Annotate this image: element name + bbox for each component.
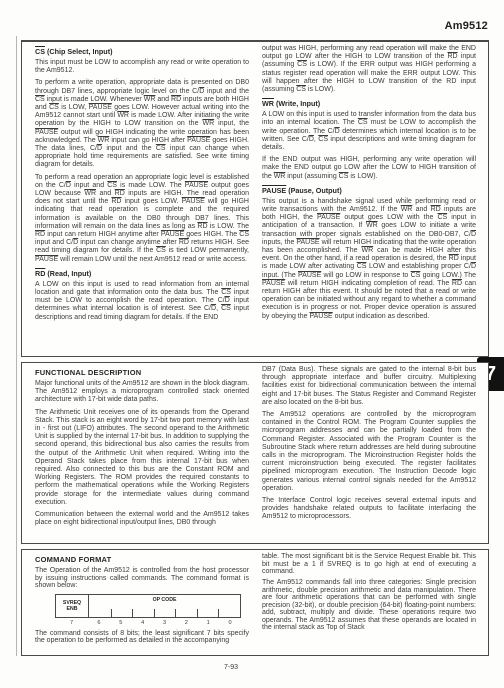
command-format-paragraph-1: The Operation of the Am9512 is controlle…	[35, 567, 249, 590]
rd-pin-heading: RD (Read, Input)	[35, 269, 249, 278]
functional-description-section: FUNCTIONAL DESCRIPTION Major functional …	[21, 362, 489, 544]
command-format-section: COMMAND FORMAT The Operation of the Am95…	[21, 549, 489, 656]
cs-pin-paragraph-3: To perform a read operation an appropria…	[35, 174, 249, 264]
bit-number-4: 4	[132, 620, 154, 626]
command-format-paragraph-4: The Am9512 commands fall into three cate…	[262, 579, 476, 632]
functional-description-right-column: DB7 (Data Bus). These signals are gated …	[262, 366, 476, 541]
command-format-register-diagram: SVREQ ENB OP CODE 7 6 5 4 3 2 1	[55, 594, 241, 626]
rd-pin-paragraph: A LOW on this input is used to read info…	[35, 281, 249, 322]
opcode-field-cell: OP CODE	[89, 595, 240, 617]
pin-descriptions-left-column: CS (Chip Select, Input) This input must …	[35, 45, 249, 354]
command-format-right-column: table. The most significant bit is the S…	[262, 553, 476, 653]
page-number: 7-93	[0, 664, 462, 671]
bit-divider-tick	[111, 609, 112, 617]
functional-description-left-column: FUNCTIONAL DESCRIPTION Major functional …	[35, 366, 249, 541]
rd-pin-continued-paragraph: output was HIGH, performing any read ope…	[262, 45, 476, 94]
functional-description-paragraph-6: The Interface Control logic receives sev…	[262, 497, 476, 522]
bit-number-3: 3	[154, 620, 176, 626]
cs-pin-heading: CS (Chip Select, Input)	[35, 47, 249, 56]
document-title: Am9512	[445, 20, 488, 32]
bit-divider-tick	[175, 609, 176, 617]
bit-number-row: 7 6 5 4 3 2 1 0	[55, 620, 241, 626]
functional-description-paragraph-4: DB7 (Data Bus). These signals are gated …	[262, 366, 476, 407]
bit-number-6: 6	[88, 620, 110, 626]
pause-pin-paragraph: This output is a handshake signal used w…	[262, 198, 476, 321]
bit-number-7: 7	[55, 620, 88, 626]
functional-description-paragraph-3: Communication between the external world…	[35, 511, 249, 527]
bit-number-2: 2	[175, 620, 197, 626]
command-format-paragraph-3: table. The most significant bit is the S…	[262, 553, 476, 576]
wr-pin-heading: WR (Write, Input)	[262, 99, 476, 108]
command-format-paragraph-2: The command consists of 8 bits; the leas…	[35, 630, 249, 645]
pause-pin-heading: PAUSE (Pause, Output)	[262, 186, 476, 195]
bit-number-5: 5	[110, 620, 132, 626]
cs-pin-paragraph-1: This input must be LOW to accomplish any…	[35, 59, 249, 75]
pin-descriptions-right-column: output was HIGH, performing any read ope…	[262, 45, 476, 354]
cs-pin-paragraph-2: To perform a write operation, appropriat…	[35, 79, 249, 169]
scan-page-edge-line	[16, 36, 17, 656]
functional-description-paragraph-1: Major functional units of the Am9512 are…	[35, 380, 249, 405]
functional-description-heading: FUNCTIONAL DESCRIPTION	[35, 368, 249, 377]
bit-number-1: 1	[197, 620, 219, 626]
bit-number-0: 0	[219, 620, 241, 626]
functional-description-paragraph-5: The Am9512 operations are controlled by …	[262, 411, 476, 493]
command-register-box: SVREQ ENB OP CODE	[55, 594, 241, 618]
opcode-field-label: OP CODE	[89, 597, 240, 603]
command-format-left-column: COMMAND FORMAT The Operation of the Am95…	[35, 553, 249, 653]
bit-divider-tick	[132, 609, 133, 617]
command-format-heading: COMMAND FORMAT	[35, 555, 249, 564]
bit-divider-tick	[154, 609, 155, 617]
bit-divider-tick	[218, 609, 219, 617]
wr-pin-paragraph-2: If the END output was HIGH, performing a…	[262, 156, 476, 181]
svreq-enb-bit-cell: SVREQ ENB	[56, 595, 89, 617]
pin-descriptions-section: CS (Chip Select, Input) This input must …	[21, 40, 489, 357]
functional-description-paragraph-2: The Arithmetic Unit receives one of its …	[35, 409, 249, 507]
wr-pin-paragraph-1: A LOW on this input is used to transfer …	[262, 111, 476, 152]
bit-divider-tick	[197, 609, 198, 617]
